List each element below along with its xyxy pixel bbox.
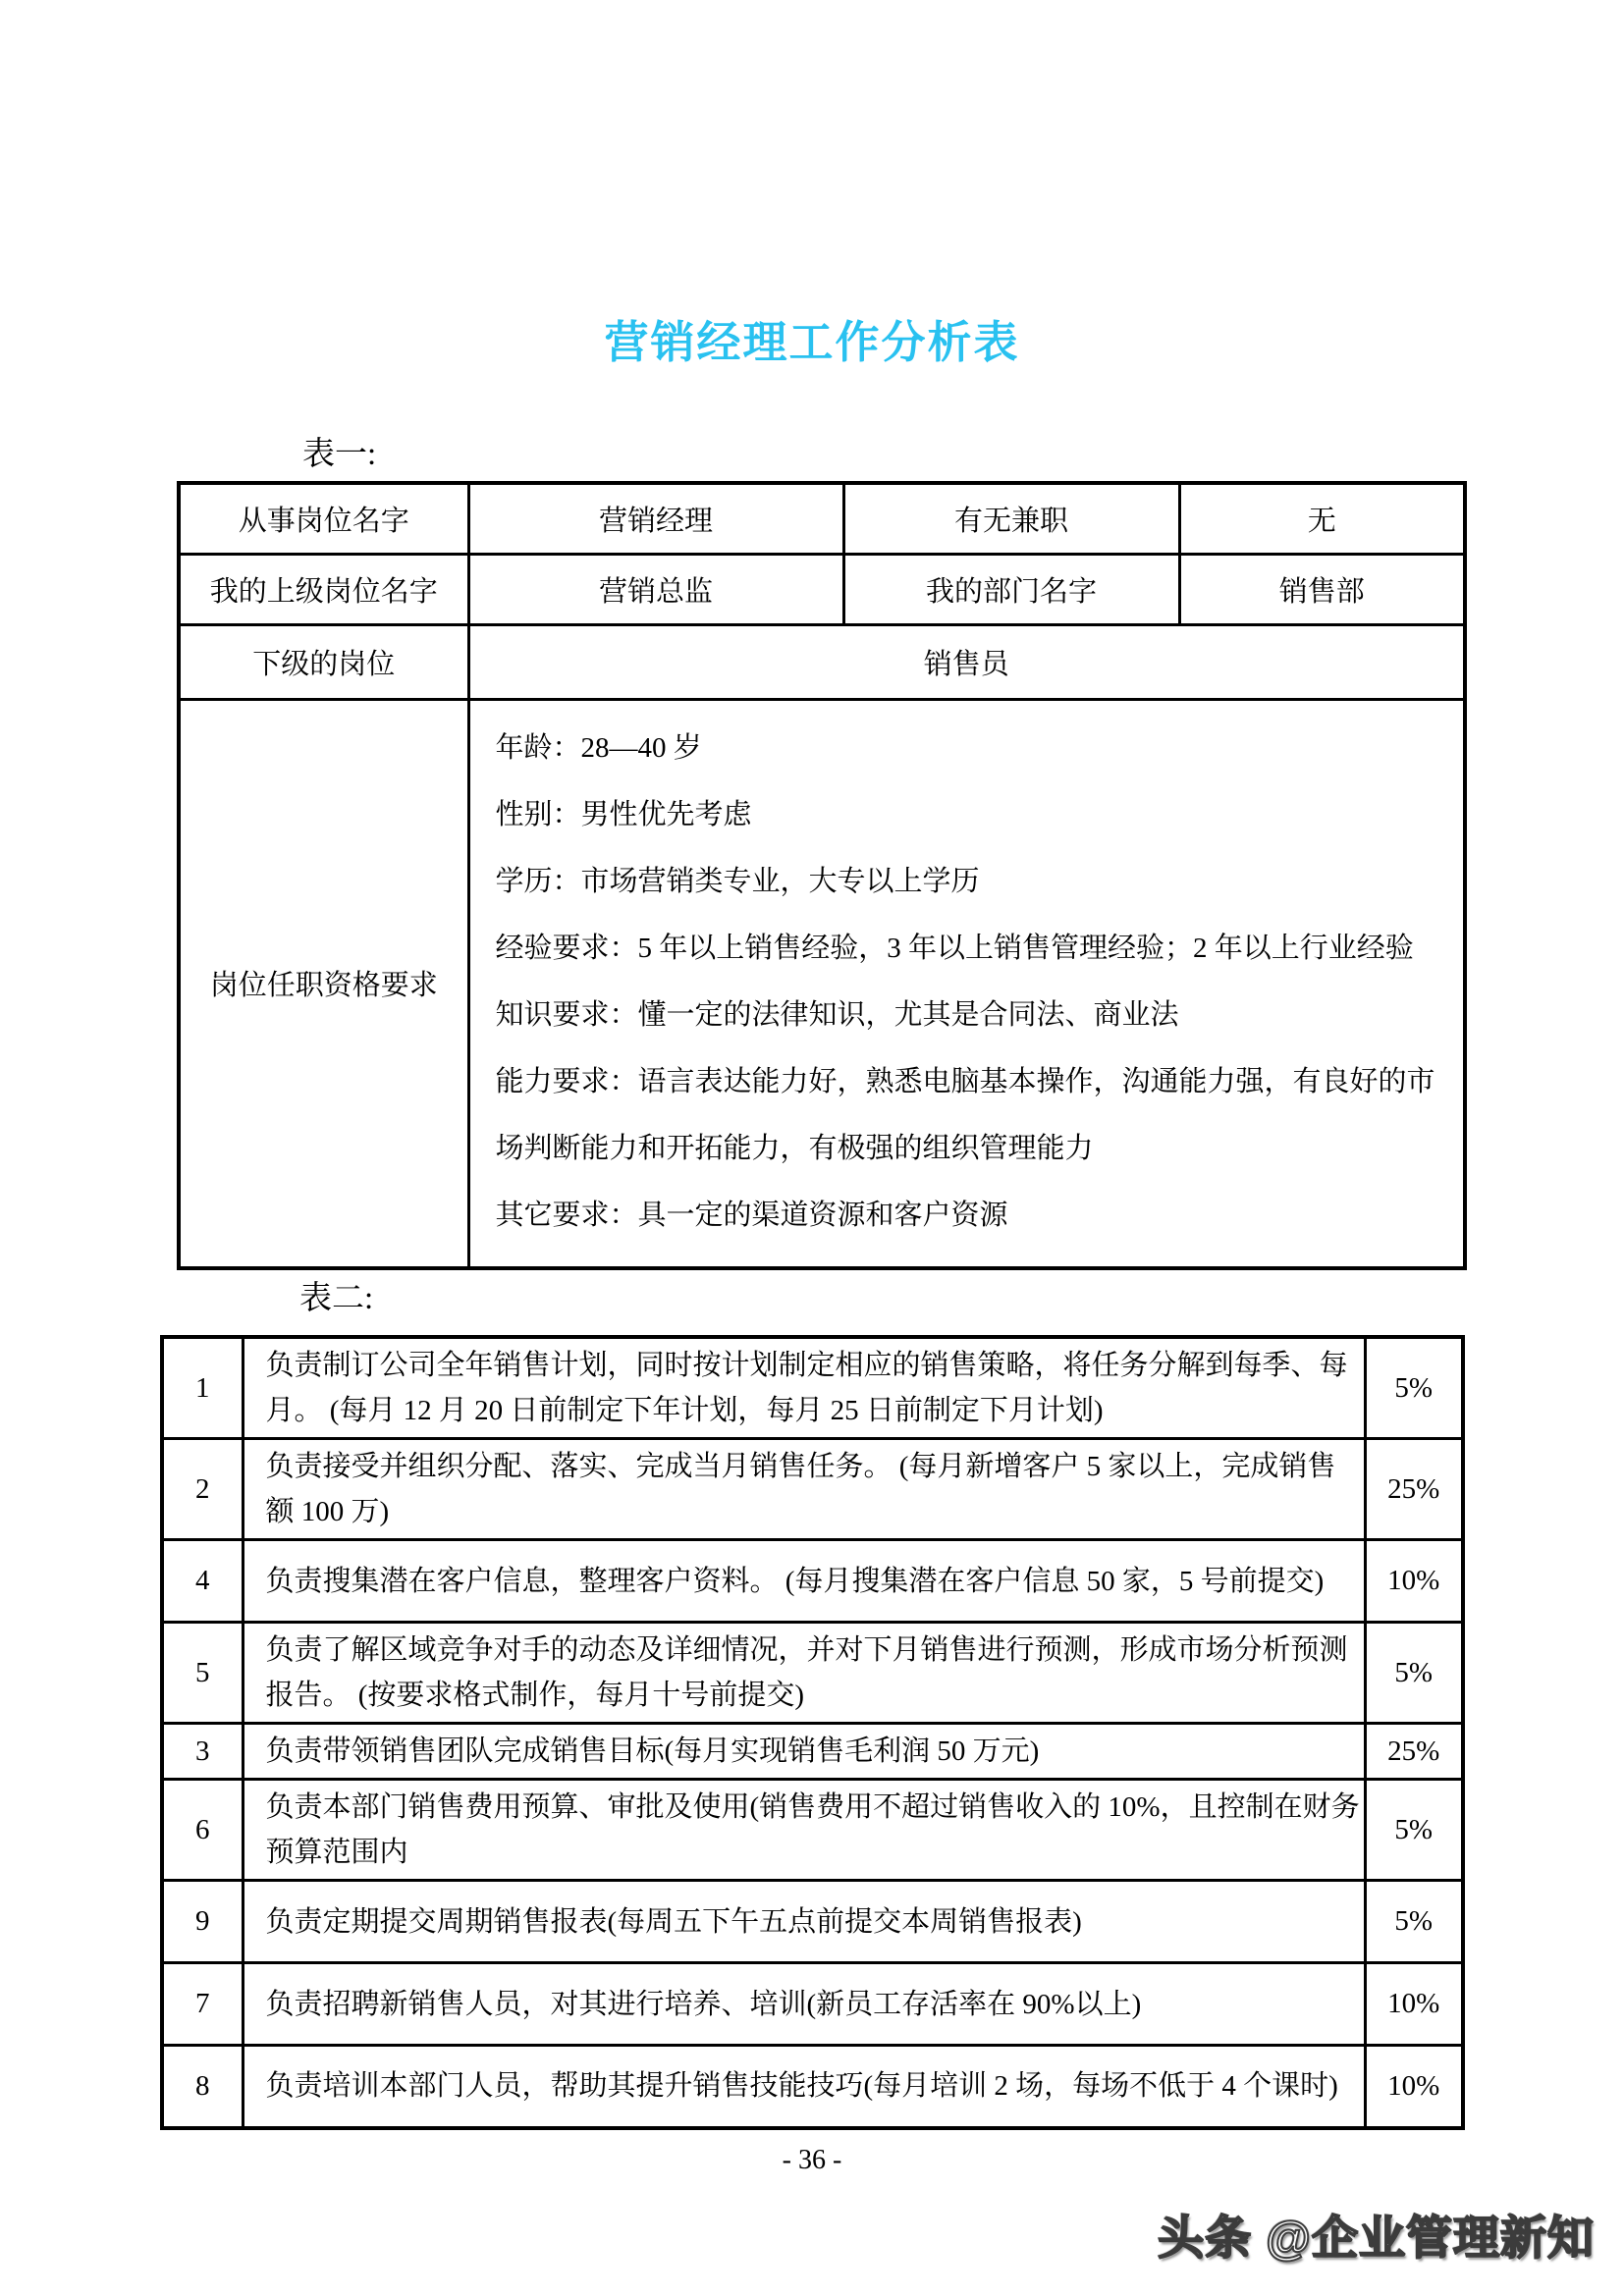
duty-number: 2 xyxy=(162,1439,243,1540)
table-row: 2 负责接受并组织分配、落实、完成当月销售任务。 (每月新增客户 5 家以上，完… xyxy=(162,1439,1463,1540)
qualification-line: 性别：男性优先考虑 xyxy=(496,781,1454,848)
duty-weight: 10% xyxy=(1365,2046,1463,2128)
department-value: 销售部 xyxy=(1179,554,1465,624)
page-title: 营销经理工作分析表 xyxy=(0,306,1624,370)
duty-text-line: 负责带领销售团队完成销售目标(每月实现销售毛利润 50 万元) xyxy=(266,1729,1356,1774)
duty-number: 1 xyxy=(162,1337,243,1439)
job-title-label: 从事岗位名字 xyxy=(179,483,468,554)
duty-number: 7 xyxy=(162,1963,243,2046)
qualification-line: 其它要求：具一定的渠道资源和客户资源 xyxy=(496,1182,1454,1249)
duty-weight: 10% xyxy=(1365,1963,1463,2046)
duty-number: 4 xyxy=(162,1540,243,1623)
department-label: 我的部门名字 xyxy=(843,554,1179,624)
duty-number: 6 xyxy=(162,1780,243,1881)
job-title-value: 营销经理 xyxy=(468,483,843,554)
duty-text-line: 月。 (每月 12 月 20 日前制定下年计划，每月 25 日前制定下月计划) xyxy=(266,1388,1356,1433)
table-row: 7 负责招聘新销售人员，对其进行培养、培训(新员工存活率在 90%以上) 10% xyxy=(162,1963,1463,2046)
duties-table: 1 负责制订公司全年销售计划，同时按计划制定相应的销售策略，将任务分解到每季、每… xyxy=(160,1335,1465,2130)
duty-text-line: 负责了解区域竞争对手的动态及详细情况，并对下月销售进行预测，形成市场分析预测 xyxy=(266,1628,1356,1673)
duty-text-line: 负责培训本部门人员，帮助其提升销售技能技巧(每月培训 2 场，每场不低于 4 个… xyxy=(266,2063,1356,2109)
duty-text-line: 负责招聘新销售人员，对其进行培养、培训(新员工存活率在 90%以上) xyxy=(266,1982,1356,2027)
table-row: 从事岗位名字 营销经理 有无兼职 无 xyxy=(179,483,1465,554)
duty-text-line: 预算范围内 xyxy=(266,1830,1356,1875)
superior-value: 营销总监 xyxy=(468,554,843,624)
duty-text-line: 负责搜集潜在客户信息，整理客户资料。 (每月搜集潜在客户信息 50 家，5 号前… xyxy=(266,1559,1356,1604)
duty-weight: 25% xyxy=(1365,1724,1463,1780)
duty-weight: 5% xyxy=(1365,1881,1463,1963)
duty-text: 负责招聘新销售人员，对其进行培养、培训(新员工存活率在 90%以上) xyxy=(243,1963,1365,2046)
duty-text: 负责定期提交周期销售报表(每周五下午五点前提交本周销售报表) xyxy=(243,1881,1365,1963)
duty-text: 负责了解区域竞争对手的动态及详细情况，并对下月销售进行预测，形成市场分析预测 报… xyxy=(243,1623,1365,1724)
duty-weight: 10% xyxy=(1365,1540,1463,1623)
qualification-line: 知识要求：懂一定的法律知识，尤其是合同法、商业法 xyxy=(496,982,1454,1048)
duty-text-line: 负责接受并组织分配、落实、完成当月销售任务。 (每月新增客户 5 家以上，完成销… xyxy=(266,1444,1356,1489)
watermark: 头条 @企业管理新知 xyxy=(1158,2202,1595,2268)
duty-text: 负责带领销售团队完成销售目标(每月实现销售毛利润 50 万元) xyxy=(243,1724,1365,1780)
duty-weight: 5% xyxy=(1365,1780,1463,1881)
duty-text: 负责接受并组织分配、落实、完成当月销售任务。 (每月新增客户 5 家以上，完成销… xyxy=(243,1439,1365,1540)
table-row: 我的上级岗位名字 营销总监 我的部门名字 销售部 xyxy=(179,554,1465,624)
duty-text-line: 负责定期提交周期销售报表(每周五下午五点前提交本周销售报表) xyxy=(266,1899,1356,1945)
table1-label: 表一: xyxy=(302,428,376,474)
table-row: 3 负责带领销售团队完成销售目标(每月实现销售毛利润 50 万元) 25% xyxy=(162,1724,1463,1780)
qualification-label: 岗位任职资格要求 xyxy=(179,699,468,1268)
superior-label: 我的上级岗位名字 xyxy=(179,554,468,624)
duty-text-line: 报告。 (按要求格式制作，每月十号前提交) xyxy=(266,1673,1356,1718)
subordinate-label: 下级的岗位 xyxy=(179,624,468,699)
job-info-table: 从事岗位名字 营销经理 有无兼职 无 我的上级岗位名字 营销总监 我的部门名字 … xyxy=(177,481,1467,1270)
table2-label: 表二: xyxy=(299,1272,373,1318)
table-row: 6 负责本部门销售费用预算、审批及使用(销售费用不超过销售收入的 10%，且控制… xyxy=(162,1780,1463,1881)
concurrent-label: 有无兼职 xyxy=(843,483,1179,554)
qualification-content: 年龄：28—40 岁 性别：男性优先考虑 学历：市场营销类专业，大专以上学历 经… xyxy=(468,699,1465,1268)
duty-weight: 25% xyxy=(1365,1439,1463,1540)
table-row: 下级的岗位 销售员 xyxy=(179,624,1465,699)
qualification-line: 场判断能力和开拓能力，有极强的组织管理能力 xyxy=(496,1115,1454,1182)
table-row: 8 负责培训本部门人员，帮助其提升销售技能技巧(每月培训 2 场，每场不低于 4… xyxy=(162,2046,1463,2128)
concurrent-value: 无 xyxy=(1179,483,1465,554)
qualification-line: 学历：市场营销类专业，大专以上学历 xyxy=(496,848,1454,915)
table-row: 4 负责搜集潜在客户信息，整理客户资料。 (每月搜集潜在客户信息 50 家，5 … xyxy=(162,1540,1463,1623)
duty-text-line: 额 100 万) xyxy=(266,1489,1356,1534)
duty-text: 负责搜集潜在客户信息，整理客户资料。 (每月搜集潜在客户信息 50 家，5 号前… xyxy=(243,1540,1365,1623)
duty-number: 5 xyxy=(162,1623,243,1724)
duty-weight: 5% xyxy=(1365,1623,1463,1724)
qualification-line: 经验要求：5 年以上销售经验，3 年以上销售管理经验；2 年以上行业经验 xyxy=(496,915,1454,982)
page-number: - 36 - xyxy=(0,2145,1624,2176)
duty-text-line: 负责制订公司全年销售计划，同时按计划制定相应的销售策略，将任务分解到每季、每 xyxy=(266,1343,1356,1388)
duty-text: 负责制订公司全年销售计划，同时按计划制定相应的销售策略，将任务分解到每季、每 月… xyxy=(243,1337,1365,1439)
duty-text-line: 负责本部门销售费用预算、审批及使用(销售费用不超过销售收入的 10%，且控制在财… xyxy=(266,1785,1356,1830)
qualification-line: 年龄：28—40 岁 xyxy=(496,715,1454,781)
qualification-line: 能力要求：语言表达能力好，熟悉电脑基本操作，沟通能力强，有良好的市 xyxy=(496,1048,1454,1115)
duty-text: 负责本部门销售费用预算、审批及使用(销售费用不超过销售收入的 10%，且控制在财… xyxy=(243,1780,1365,1881)
table-row: 9 负责定期提交周期销售报表(每周五下午五点前提交本周销售报表) 5% xyxy=(162,1881,1463,1963)
duty-weight: 5% xyxy=(1365,1337,1463,1439)
subordinate-value: 销售员 xyxy=(468,624,1465,699)
duty-number: 9 xyxy=(162,1881,243,1963)
document-page: 营销经理工作分析表 表一: 从事岗位名字 营销经理 有无兼职 无 我的上级岗位名… xyxy=(0,0,1624,2296)
table-row: 5 负责了解区域竞争对手的动态及详细情况，并对下月销售进行预测，形成市场分析预测… xyxy=(162,1623,1463,1724)
duty-text: 负责培训本部门人员，帮助其提升销售技能技巧(每月培训 2 场，每场不低于 4 个… xyxy=(243,2046,1365,2128)
table-row: 岗位任职资格要求 年龄：28—40 岁 性别：男性优先考虑 学历：市场营销类专业… xyxy=(179,699,1465,1268)
duty-number: 8 xyxy=(162,2046,243,2128)
table-row: 1 负责制订公司全年销售计划，同时按计划制定相应的销售策略，将任务分解到每季、每… xyxy=(162,1337,1463,1439)
duty-number: 3 xyxy=(162,1724,243,1780)
